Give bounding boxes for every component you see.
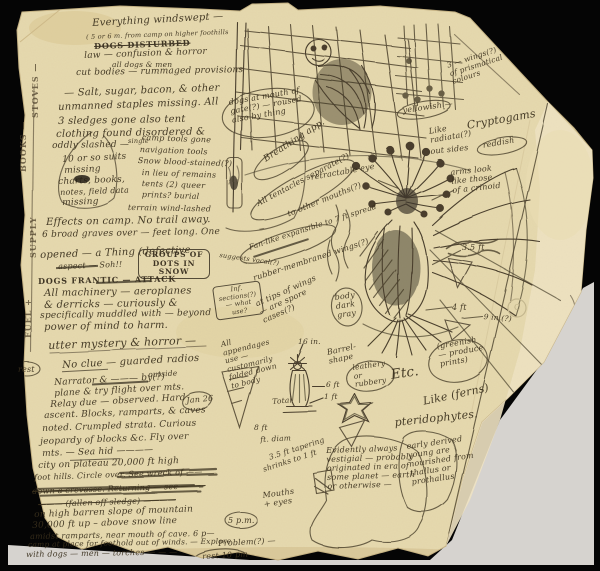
margin-label-fuel: FUEL + (23, 298, 33, 338)
manuscript-note: 1 ft (324, 393, 338, 402)
manuscript-note-circled: yellowish — (402, 99, 453, 115)
ink-blot (74, 175, 90, 183)
manuscript-note: No clue — guarded radios (62, 353, 200, 371)
manuscript-note: specifically muddled with — beyond (40, 308, 211, 321)
manuscript-note: 6 broad graves over — feet long. One (42, 227, 220, 240)
manuscript-note: notes, field data (60, 186, 129, 197)
manuscript-note-circled: Jan 26 (186, 394, 214, 405)
manuscript-note: 3 sledges gone also tent (58, 114, 186, 127)
manuscript-note: Like (ferns) (422, 382, 490, 408)
manuscript-note: suggests vocal(?) (219, 252, 280, 268)
manuscript-note: down a crevasse. Returning — see ——— (32, 481, 206, 496)
scanned-manuscript-page: Everything windswept — ( 5 or 6 m. from … (0, 0, 600, 571)
manuscript-note-circled: 5 p.m. (228, 516, 255, 525)
manuscript-note-circled: Breathing app. (262, 117, 327, 164)
manuscript-note: cut bodies — rummaged provisions (76, 65, 243, 78)
manuscript-note-circled: rest 10 pm (202, 550, 248, 561)
manuscript-note: Total (272, 396, 292, 406)
manuscript-note: Effects on camp. No trail away. (46, 214, 211, 228)
manuscript-note-circled: dogs at mouth of gate(?) — roused also b… (228, 84, 310, 124)
manuscript-note: missing (62, 197, 99, 208)
manuscript-note: prints? burial (142, 190, 200, 201)
margin-label-stoves: STOVES — (30, 63, 40, 118)
manuscript-note-circled: Evidently always vestigial — probably or… (326, 443, 422, 491)
manuscript-note: power of mind to harm. (44, 320, 168, 333)
manuscript-note: camp tools gone (142, 133, 212, 144)
manuscript-note: out sides (430, 143, 469, 156)
manuscript-note: arms look like those of a crinoid (450, 163, 505, 195)
manuscript-note: 3.5 ft (462, 243, 485, 252)
manuscript-note: 4 ft (452, 303, 467, 312)
manuscript-note: oddly slashed — (52, 140, 129, 151)
manuscript-note: 10 or so suits (62, 152, 127, 165)
manuscript-note: Like radiata(?) (428, 120, 471, 145)
manuscript-note: utter mystery & horror — (48, 335, 196, 352)
manuscript-note-circled: rest (18, 365, 35, 374)
manuscript-note-circled: leathery or rubbery (352, 359, 389, 389)
manuscript-note: unmanned staples missing. All (58, 96, 219, 113)
manuscript-note: Snow blood-stained(?) (138, 156, 233, 168)
manuscript-note: 3 — wings(?) of prismatical colours (446, 44, 509, 86)
manuscript-note: DOGS FRANTIC — ATTACK (38, 275, 176, 286)
manuscript-note: tents (2) queer (142, 179, 206, 190)
manuscript-note: in lieu of remains (142, 168, 217, 180)
handwritten-text-layer: Everything windswept — ( 5 or 6 m. from … (0, 0, 600, 571)
watermark-letter: C (514, 303, 520, 312)
manuscript-note: Mouths + eyes (262, 486, 300, 509)
manuscript-note-circled: reddish (482, 135, 515, 149)
manuscript-note: pteridophytes. (394, 408, 478, 429)
manuscript-note: ft. diam (260, 434, 291, 444)
manuscript-note: jeopardy of blocks &c. Fly over (40, 432, 189, 447)
manuscript-note: Problem(?) — (218, 536, 276, 548)
manuscript-note: 8 ft (254, 424, 268, 433)
manuscript-note: Etc. (390, 364, 420, 382)
manuscript-note: All appendages use — customarily folded … (220, 328, 283, 390)
margin-label-supply: SUPPLY (28, 216, 38, 258)
manuscript-note: 16 in. (298, 338, 321, 347)
manuscript-note: 9 in.(?) (483, 313, 512, 324)
manuscript-note: navigation tools (140, 145, 208, 156)
manuscript-note-circled: (greenish — produce prints) (436, 334, 488, 369)
margin-label-books: BOOKS — (18, 121, 28, 172)
manuscript-note: Everything windswept — (92, 11, 224, 29)
manuscript-note: Cryptogams (466, 108, 537, 132)
manuscript-note-circled: body dark gray (334, 289, 367, 320)
manuscript-note: terrain wind-lashed (128, 203, 211, 213)
manuscript-note: with dogs — men — torches — — — (26, 547, 177, 559)
manuscript-note: 6 ft (326, 381, 340, 390)
